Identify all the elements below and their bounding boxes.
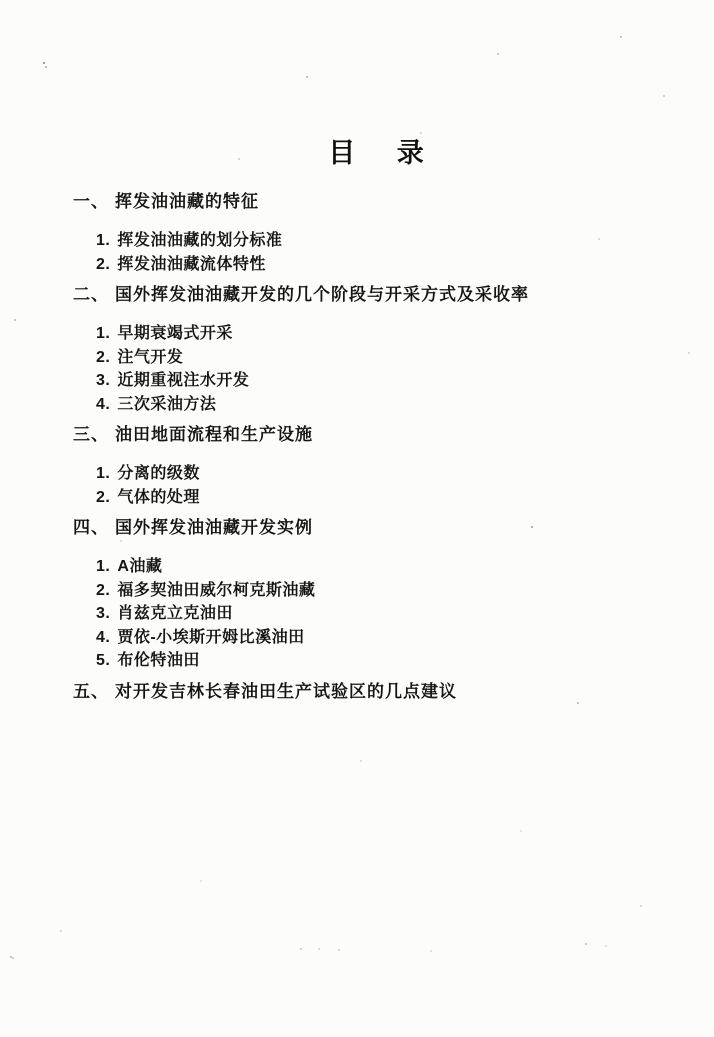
toc-item: 4.三次采油方法 [96,393,653,417]
section-number: 二、 [73,285,109,304]
section-number: 三、 [73,425,109,444]
section-number: 五、 [73,682,109,701]
section-title: 对开发吉林长春油田生产试验区的几点建议 [115,682,457,701]
page-title: 目 录 [20,131,714,170]
item-text: 分离的级数 [117,465,200,482]
section-items: 1.早期衰竭式开采 2.注气开发 3.近期重视注水开发 4.三次采油方法 [73,322,653,416]
item-text: 布伦特油田 [117,652,200,669]
item-number: 1. [96,558,110,575]
item-number: 2. [96,349,110,366]
toc-item: 5.布伦特油田 [96,649,653,673]
toc-item: 3.近期重视注水开发 [96,369,653,393]
item-number: 3. [96,372,110,389]
item-number: 4. [96,396,110,413]
item-number: 3. [96,605,110,622]
section-items: 1.A油藏 2.福多契油田威尔柯克斯油藏 3.肖兹克立克油田 4.贾依-小埃斯开… [73,555,653,673]
item-text: 肖兹克立克油田 [117,605,233,622]
toc-item: 3.肖兹克立克油田 [96,602,653,626]
item-text: A油藏 [117,558,162,575]
item-number: 1. [96,465,110,482]
section-heading: 二、国外挥发油油藏开发的几个阶段与开采方式及采收率 [73,285,653,305]
toc-item: 1.分离的级数 [96,462,653,486]
toc-item: 2.福多契油田威尔柯克斯油藏 [96,579,653,603]
item-number: 2. [96,582,110,599]
item-number: 1. [96,232,110,249]
section-heading: 一、挥发油油藏的特征 [73,192,653,212]
section-title: 油田地面流程和生产设施 [115,425,313,444]
table-of-contents: 一、挥发油油藏的特征 1.挥发油油藏的划分标准 2.挥发油油藏流体特性 二、国外… [73,192,653,719]
item-text: 挥发油油藏的划分标准 [117,232,282,249]
item-text: 贾依-小埃斯开姆比溪油田 [117,629,304,646]
scan-noise-specks [0,0,2,2]
toc-item: 4.贾依-小埃斯开姆比溪油田 [96,626,653,650]
section-items: 1.挥发油油藏的划分标准 2.挥发油油藏流体特性 [73,229,653,276]
toc-item: 2.挥发油油藏流体特性 [96,253,653,277]
item-text: 福多契油田威尔柯克斯油藏 [117,582,315,599]
item-number: 5. [96,652,110,669]
section-heading: 五、对开发吉林长春油田生产试验区的几点建议 [73,682,653,702]
toc-item: 1.挥发油油藏的划分标准 [96,229,653,253]
section-title: 挥发油油藏的特征 [115,192,259,211]
item-text: 早期衰竭式开采 [117,325,233,342]
toc-section-1: 一、挥发油油藏的特征 1.挥发油油藏的划分标准 2.挥发油油藏流体特性 [73,192,653,276]
section-heading: 三、油田地面流程和生产设施 [73,425,653,445]
section-title: 国外挥发油油藏开发实例 [115,518,313,537]
item-number: 2. [96,489,110,506]
toc-item: 1.A油藏 [96,555,653,579]
toc-section-3: 三、油田地面流程和生产设施 1.分离的级数 2.气体的处理 [73,425,653,509]
section-number: 四、 [73,518,109,537]
toc-item: 1.早期衰竭式开采 [96,322,653,346]
toc-section-4: 四、国外挥发油油藏开发实例 1.A油藏 2.福多契油田威尔柯克斯油藏 3.肖兹克… [73,518,653,673]
toc-section-2: 二、国外挥发油油藏开发的几个阶段与开采方式及采收率 1.早期衰竭式开采 2.注气… [73,285,653,416]
toc-section-5: 五、对开发吉林长春油田生产试验区的几点建议 [73,682,653,702]
item-text: 注气开发 [117,349,183,366]
item-text: 三次采油方法 [117,396,216,413]
toc-item: 2.气体的处理 [96,486,653,510]
section-title: 国外挥发油油藏开发的几个阶段与开采方式及采收率 [115,285,529,304]
item-text: 近期重视注水开发 [117,372,249,389]
item-text: 气体的处理 [117,489,200,506]
toc-item: 2.注气开发 [96,346,653,370]
scanned-toc-page: 目 录 一、挥发油油藏的特征 1.挥发油油藏的划分标准 2.挥发油油藏流体特性 … [0,0,714,1037]
item-number: 4. [96,629,110,646]
section-items: 1.分离的级数 2.气体的处理 [73,462,653,509]
item-text: 挥发油油藏流体特性 [117,256,266,273]
section-heading: 四、国外挥发油油藏开发实例 [73,518,653,538]
item-number: 2. [96,256,110,273]
section-number: 一、 [73,192,109,211]
item-number: 1. [96,325,110,342]
